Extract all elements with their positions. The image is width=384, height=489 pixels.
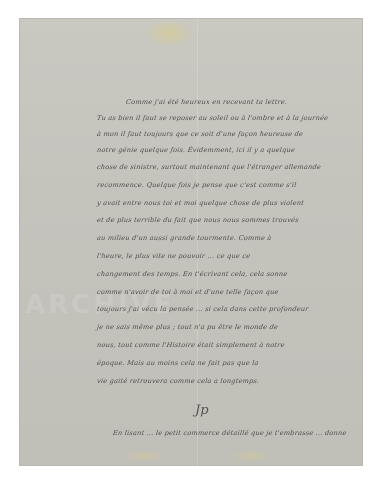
letter-line: et de plus terrible du fait que nous nou…	[97, 216, 300, 224]
letter-line: Comme j'ai été heureux en recevant ta le…	[126, 98, 288, 106]
letter-line: changement des temps. En t'écrivant cela…	[97, 270, 288, 278]
letter-line: Tu as bien il faut se reposer au soleil …	[97, 114, 329, 122]
letter-line: époque. Mais au moins cela ne fait pas q…	[97, 359, 259, 367]
letter-line: je ne sais même plus ; tout n'a pu être …	[97, 323, 279, 331]
letter-line: y avait entre nous toi et moi quelque ch…	[97, 199, 305, 207]
letter-line: comme n'avoir de toi à moi et d'une tell…	[97, 288, 279, 296]
letter-line: notre génie quelque fois. Évidemment, ic…	[97, 146, 296, 154]
letter-line: au milieu d'un aussi grande tourmente. C…	[97, 234, 272, 242]
letter-line: recommence. Quelque fois je pense que c'…	[97, 181, 297, 189]
signature: Jp	[195, 403, 209, 418]
tape-stain	[147, 20, 191, 46]
letter-line: vie gaité retrouvera comme cela a longte…	[97, 377, 260, 385]
letter-page: ARCHIVE Comme j'ai été heureux en receva…	[19, 18, 363, 466]
letter-line: chose de sinistre, surtout maintenant qu…	[97, 163, 322, 171]
letter-line: à mon il faut toujours que ce soit d'une…	[97, 130, 304, 138]
letter-line: toujours j'ai vécu la pensée ... si cela…	[97, 305, 309, 313]
tape-stain-bottom-right	[229, 450, 274, 462]
tape-stain-bottom-left	[119, 450, 169, 462]
letter-line: nous, tout comme l'Histoire était simple…	[97, 341, 286, 349]
postscript-line: En lisant ... le petit commerce détaillé…	[113, 429, 347, 437]
paper-fold-line	[197, 18, 198, 466]
letter-line: l'heure, le plus vite ne pouvoir ... ce …	[97, 252, 251, 260]
